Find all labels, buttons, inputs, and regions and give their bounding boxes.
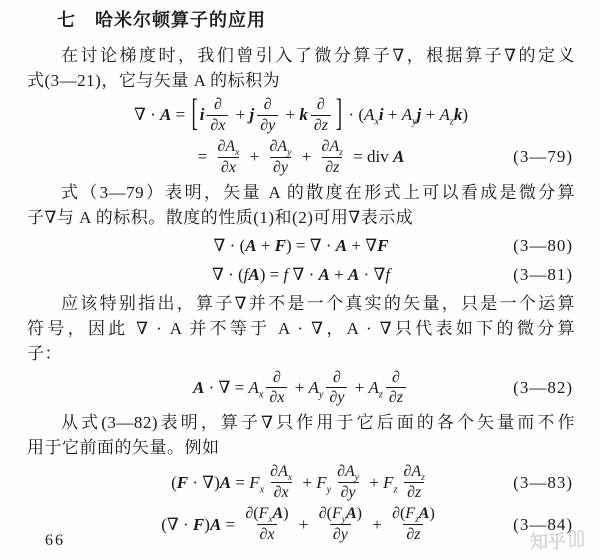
- math-op: +: [384, 105, 402, 125]
- paragraph-4: 从式(3—82)表明，算子∇只作用于它后面的各个矢量而不作 用于它前面的矢量。例…: [27, 410, 575, 460]
- math-vec: A: [273, 505, 284, 523]
- math-fraction: ∂Ay∂y: [267, 138, 295, 177]
- math-op: =: [231, 473, 249, 493]
- equation-number-3-83: (3—83): [513, 473, 573, 493]
- page-number: 66: [45, 532, 65, 550]
- math-vec: A: [248, 265, 259, 285]
- math-it: ∂: [264, 96, 272, 114]
- math-it: ∂z: [389, 389, 403, 407]
- math-op: ∇ ·: [288, 265, 318, 285]
- math-op: +: [295, 515, 313, 535]
- paragraph-2: 式（3—79）表明，矢量 A 的散度在形式上可以看成是微分算 子∇与 A 的标积…: [27, 180, 575, 230]
- math-it: ∂x: [210, 117, 225, 135]
- math-subscript: y: [319, 389, 324, 400]
- math-it: ∂: [337, 463, 345, 481]
- math-op: +: [257, 236, 275, 256]
- math-vec: A: [393, 147, 404, 167]
- math-var-subscript: Az: [439, 105, 453, 125]
- paragraph-line: 符号，因此 ∇ · A 并不等于 A · ∇，A · ∇只代表如下的微分算: [27, 316, 575, 341]
- paragraph-line: 式（3—79）表明，矢量 A 的散度在形式上可以看成是微分算: [27, 180, 575, 205]
- math-fraction: ∂∂x: [266, 369, 287, 408]
- equation-number-3-80: (3—80): [513, 236, 573, 256]
- math-op: = div: [349, 147, 393, 167]
- math-it: ∂z: [314, 117, 328, 135]
- math-op: +: [421, 105, 439, 125]
- math-op: ): [429, 505, 434, 523]
- math-var-subscript: Fz: [383, 473, 397, 493]
- math-op: +: [245, 147, 263, 167]
- equation-body: (F · ∇)A = Fx∂Ax∂x + Fy∂Ay∂y + Fz∂Az∂z: [171, 463, 431, 502]
- math-var-subscript: Az: [329, 138, 343, 156]
- math-it: ∂: [214, 96, 222, 114]
- math-op: +: [350, 378, 368, 398]
- math-vec: A: [348, 265, 359, 285]
- math-var-subscript: Ay: [345, 463, 359, 481]
- math-op: +: [297, 147, 315, 167]
- math-it: ∂: [392, 505, 400, 523]
- paragraph-3: 应该特别指出，算子∇并不是一个真实的矢量，只是一个运算 符号，因此 ∇ · A …: [27, 291, 575, 366]
- math-vec: A: [220, 473, 231, 493]
- math-var-subscript: Fx: [259, 505, 273, 523]
- math-vec: i: [200, 105, 205, 125]
- math-it: ∂x: [260, 526, 275, 544]
- math-it: ∂y: [329, 389, 344, 407]
- zhihu-watermark-text: 知乎: [530, 528, 566, 554]
- math-vec: A: [336, 236, 347, 256]
- math-var-subscript: Fy: [316, 473, 331, 493]
- math-fraction: ∂∂z: [311, 96, 331, 135]
- math-var-subscript: Fy: [332, 505, 346, 523]
- math-op: (∇ ·: [161, 515, 193, 535]
- paragraph-line: 应该特别指出，算子∇并不是一个真实的矢量，只是一个运算: [27, 291, 575, 316]
- section-title: 七 哈米尔顿算子的应用: [57, 8, 575, 33]
- math-it: ∂x: [274, 484, 289, 502]
- math-var-subscript: Az: [369, 378, 383, 398]
- math-it: ∂: [333, 369, 341, 387]
- math-it: ∂: [317, 96, 325, 114]
- math-subscript: x: [260, 484, 265, 495]
- equation-3-79-line2: = ∂Ax∂x + ∂Ay∂y + ∂Az∂z = div A (3—79): [27, 138, 575, 177]
- math-it: ∂z: [406, 526, 420, 544]
- math-it: ∂x: [269, 389, 284, 407]
- equation-body: (∇ · F)A = ∂(FxA)∂x + ∂(FyA)∂y + ∂(FzA)∂…: [161, 505, 441, 544]
- paragraph-line: 在讨论梯度时，我们曾引入了微分算子∇，根据算子∇的定义: [27, 43, 575, 68]
- equation-3-81: ∇ · (fA) = f ∇ · A + A · ∇f (3—81): [27, 262, 575, 288]
- math-vec: A: [245, 236, 256, 256]
- math-var-subscript: Ax: [364, 105, 379, 125]
- math-vec: F: [177, 473, 188, 493]
- math-op: =: [198, 147, 212, 167]
- math-it: ∂y: [333, 526, 348, 544]
- equation-body: = ∂Ax∂x + ∂Ay∂y + ∂Az∂z = div A: [198, 138, 405, 177]
- paragraph-line: 子∇与 A 的标积。散度的性质(1)和(2)可用∇表示成: [27, 205, 575, 230]
- math-op: +: [365, 473, 383, 493]
- textbook-page: 七 哈米尔顿算子的应用 在讨论梯度时，我们曾引入了微分算子∇，根据算子∇的定义 …: [0, 0, 600, 560]
- math-it: ∂y: [260, 117, 275, 135]
- paragraph-line: 式(3—21)，它与矢量 A 的标积为: [27, 68, 575, 93]
- equation-3-83: (F · ∇)A = Fx∂Ax∂x + Fy∂Ay∂y + Fz∂Az∂z (…: [27, 463, 575, 502]
- math-it: ∂: [270, 463, 278, 481]
- math-var-subscript: Az: [411, 463, 425, 481]
- math-it: ∂: [392, 369, 400, 387]
- math-var-subscript: Ay: [402, 105, 417, 125]
- math-vec: A: [346, 505, 357, 523]
- math-vec: F: [275, 236, 286, 256]
- math-it: ∂: [245, 505, 253, 523]
- equation-body: ∇ · A = [i∂∂x + j∂∂y + k∂∂z] · (Axi + Ay…: [134, 96, 468, 135]
- math-fraction: ∂∂z: [386, 369, 406, 408]
- math-op: +: [368, 515, 386, 535]
- math-op: + ∇: [347, 236, 377, 256]
- math-lbr: [: [191, 93, 197, 138]
- equation-3-80: ∇ · (A + F) = ∇ · A + ∇F (3—80): [27, 233, 575, 259]
- math-fraction: ∂(FxA)∂x: [242, 505, 291, 544]
- math-var-subscript: Fz: [405, 505, 419, 523]
- math-rbr: ]: [336, 93, 342, 138]
- math-op: · ∇): [188, 473, 220, 493]
- math-op: +: [298, 473, 316, 493]
- math-op: ) =: [260, 265, 284, 285]
- math-vec: j: [250, 105, 255, 125]
- math-var-subscript: Fx: [249, 473, 264, 493]
- math-op: ∇ ·: [134, 105, 160, 125]
- math-op: ): [357, 505, 362, 523]
- paragraph-line: 子：: [27, 341, 575, 366]
- math-var-subscript: Ax: [278, 463, 292, 481]
- equation-number-3-82: (3—82): [513, 378, 573, 398]
- math-vec: A: [193, 378, 204, 398]
- equation-body: ∇ · (fA) = f ∇ · A + A · ∇f: [212, 265, 390, 285]
- math-subscript: z: [394, 484, 398, 495]
- math-fraction: ∂∂y: [257, 96, 278, 135]
- math-it: ∂z: [407, 484, 421, 502]
- math-op: +: [330, 265, 348, 285]
- paragraph-line: 用于它前面的矢量。例如: [27, 435, 575, 460]
- math-op: +: [281, 105, 299, 125]
- math-it: ∂: [319, 505, 327, 523]
- math-op: ∇ · (: [214, 236, 246, 256]
- equation-body: A · ∇ = Ax∂∂x + Ay∂∂y + Az∂∂z: [193, 369, 409, 408]
- math-vec: F: [377, 236, 388, 256]
- math-op: =: [221, 515, 239, 535]
- equation-number-3-81: (3—81): [513, 265, 573, 285]
- math-op: +: [231, 105, 249, 125]
- math-op: ) = ∇ ·: [286, 236, 336, 256]
- math-fraction: ∂Az∂z: [319, 138, 346, 177]
- math-op: · (: [344, 105, 364, 125]
- math-it: ∂: [273, 369, 281, 387]
- math-vec: A: [160, 105, 171, 125]
- math-subscript: x: [259, 389, 264, 400]
- math-fraction: ∂Az∂z: [401, 463, 428, 502]
- math-it: ∂y: [341, 484, 356, 502]
- math-it: ∂z: [325, 159, 339, 177]
- math-it: ∂y: [273, 159, 288, 177]
- equation-number-3-79: (3—79): [513, 147, 573, 167]
- zhihu-logo-icon: [569, 530, 584, 552]
- math-fraction: ∂Ay∂y: [334, 463, 362, 502]
- math-vec: A: [319, 265, 330, 285]
- math-op: ): [283, 505, 288, 523]
- paragraph-1: 在讨论梯度时，我们曾引入了微分算子∇，根据算子∇的定义 式(3—21)，它与矢量…: [27, 43, 575, 93]
- math-op: +: [290, 378, 308, 398]
- math-op: · ∇: [359, 265, 385, 285]
- math-fraction: ∂(FyA)∂y: [316, 505, 365, 544]
- math-vec: F: [193, 515, 204, 535]
- math-fraction: ∂∂y: [326, 369, 347, 408]
- math-it: f: [385, 265, 390, 285]
- math-fraction: ∂(FzA)∂z: [389, 505, 438, 544]
- math-fraction: ∂∂x: [207, 96, 228, 135]
- zhihu-watermark: 知乎: [530, 528, 584, 554]
- math-var-subscript: Ay: [277, 138, 291, 156]
- math-subscript: y: [327, 484, 332, 495]
- math-var-subscript: Ay: [309, 378, 324, 398]
- equation-body: ∇ · (A + F) = ∇ · A + ∇F: [214, 236, 389, 256]
- math-vec: A: [419, 505, 430, 523]
- equation-3-82: A · ∇ = Ax∂∂x + Ay∂∂y + Az∂∂z (3—82): [27, 369, 575, 408]
- math-vec: A: [210, 515, 221, 535]
- paragraph-line: 从式(3—82)表明，算子∇只作用于它后面的各个矢量而不作: [27, 410, 575, 435]
- math-op: ): [462, 105, 468, 125]
- equation-3-79-line1: ∇ · A = [i∂∂x + j∂∂y + k∂∂z] · (Axi + Ay…: [27, 96, 575, 135]
- math-var-subscript: Ax: [225, 138, 239, 156]
- math-fraction: ∂Ax∂x: [267, 463, 295, 502]
- math-op: ∇ · (: [212, 265, 244, 285]
- math-it: ∂x: [221, 159, 236, 177]
- math-op: · ∇ =: [204, 378, 248, 398]
- math-fraction: ∂Ax∂x: [214, 138, 242, 177]
- math-vec: k: [299, 105, 308, 125]
- math-var-subscript: Ax: [249, 378, 264, 398]
- equation-3-84: (∇ · F)A = ∂(FxA)∂x + ∂(FyA)∂y + ∂(FzA)∂…: [27, 505, 575, 544]
- math-vec: k: [454, 105, 463, 125]
- math-subscript: z: [379, 389, 383, 400]
- math-op: =: [171, 105, 189, 125]
